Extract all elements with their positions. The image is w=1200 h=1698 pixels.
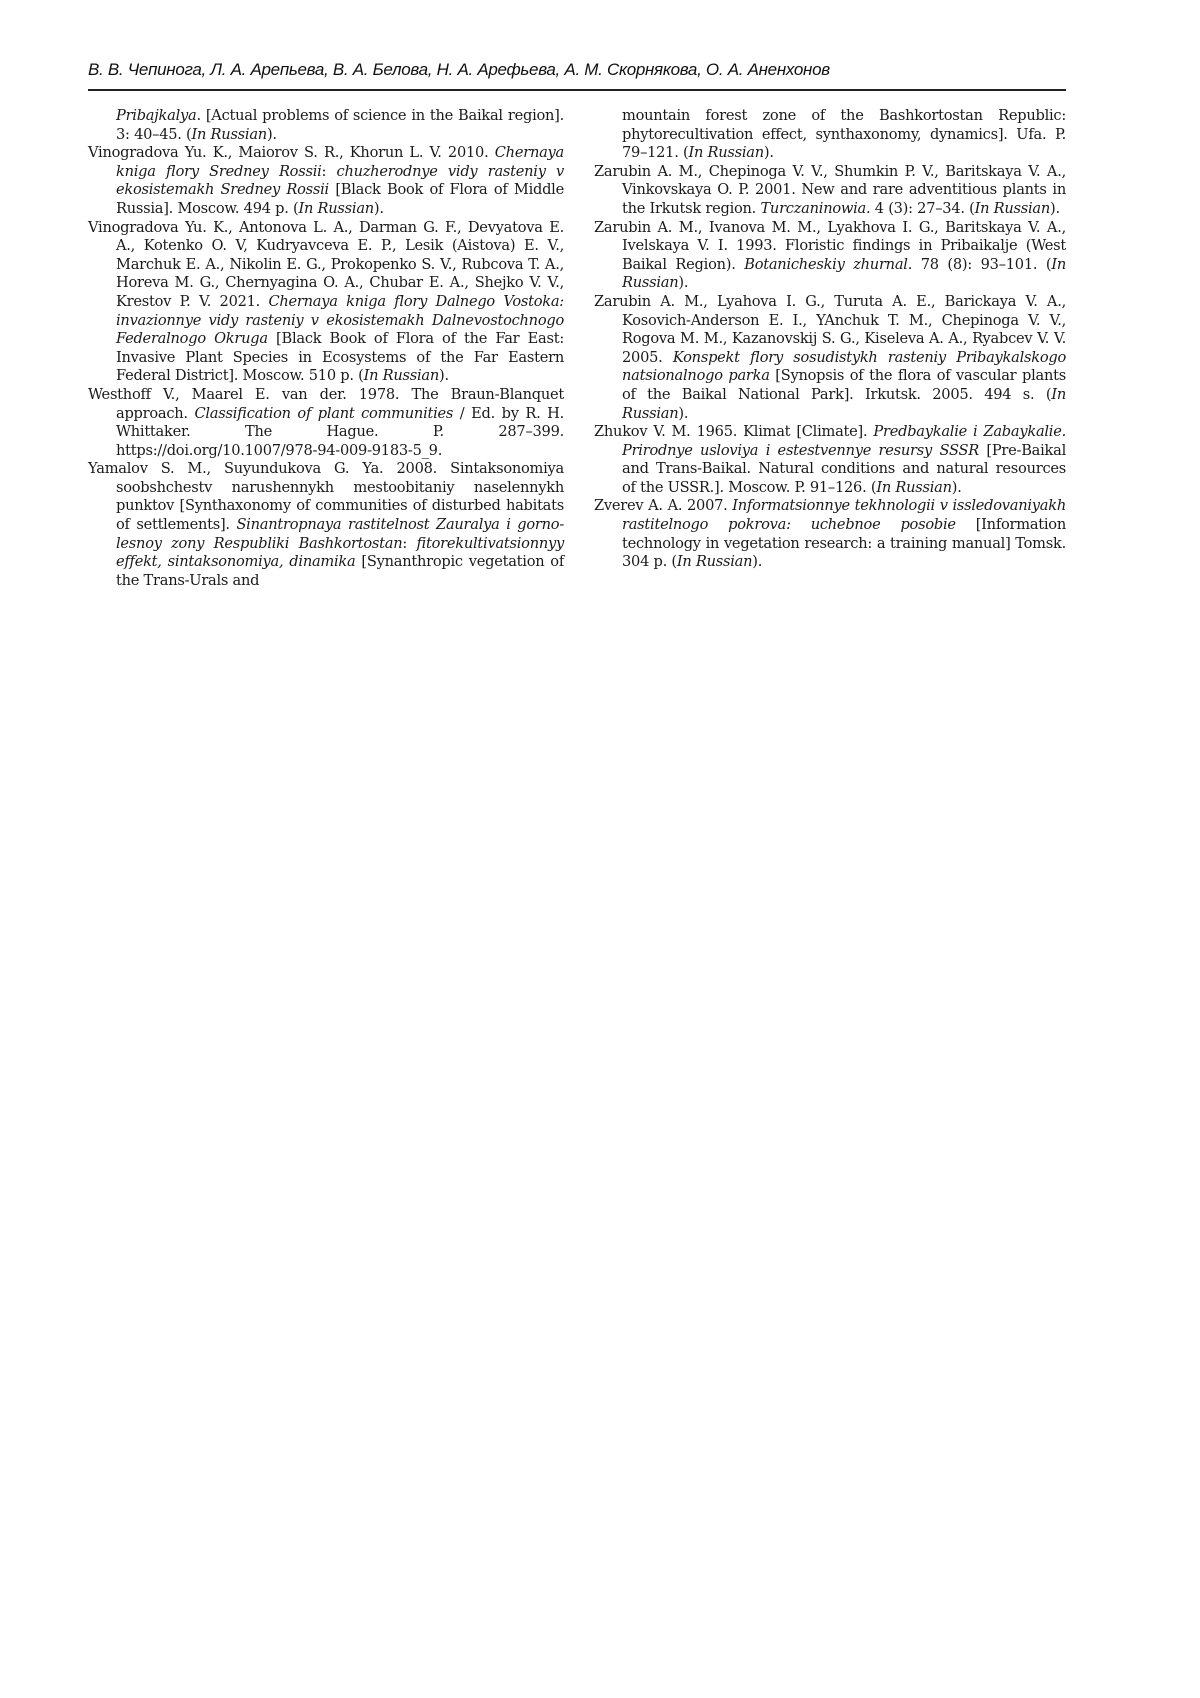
references-right-column: mountain forest zone of the Bashkortosta… <box>594 107 1066 572</box>
reference-text: . 4 (3): 27–34. ( <box>866 200 975 217</box>
reference-italic-text: Botanicheskiy zhurnal <box>744 256 907 273</box>
reference-text: Vinogradova Yu. K., Maiorov S. R., Khoru… <box>88 144 495 161</box>
reference-italic-text: In Russian <box>364 367 439 384</box>
reference-italic-text: Turczaninowia <box>760 200 866 217</box>
reference-entry: mountain forest zone of the Bashkortosta… <box>594 107 1066 163</box>
reference-italic-text: In Russian <box>975 200 1050 217</box>
reference-entry: Zarubin A. M., Chepinoga V. V., Shumkin … <box>594 163 1066 219</box>
reference-text: ). <box>678 274 688 291</box>
reference-entry: Zarubin A. M., Lyahova I. G., Turuta A. … <box>594 293 1066 423</box>
reference-entry: Vinogradova Yu. K., Antonova L. A., Darm… <box>88 219 564 386</box>
reference-italic-text: Pribajkalya <box>116 107 196 124</box>
reference-text: ). <box>952 479 962 496</box>
reference-italic-text: In Russian <box>298 200 373 217</box>
reference-text: . 78 (8): 93–101. ( <box>908 256 1052 273</box>
running-header-authors: В. В. Чепинога, Л. А. Арепьева, В. А. Бе… <box>88 60 1066 80</box>
reference-text: ). <box>752 553 762 570</box>
reference-italic-text: Classification of plant communities <box>194 405 453 422</box>
reference-entry: Westhoff V., Maarel E. van der. 1978. Th… <box>88 386 564 460</box>
header-rule <box>88 89 1066 91</box>
reference-entry: Zarubin A. M., Ivanova M. M., Lyakhova I… <box>594 219 1066 293</box>
reference-text: Zhukov V. M. 1965. Klimat [Climate]. <box>594 423 873 440</box>
reference-entry: Vinogradova Yu. K., Maiorov S. R., Khoru… <box>88 144 564 218</box>
references-left-column: Pribajkalya. [Actual problems of science… <box>88 107 564 590</box>
reference-text: ). <box>439 367 449 384</box>
reference-text: Zverev A. A. 2007. <box>594 497 732 514</box>
reference-text: ). <box>267 126 277 143</box>
reference-text: ). <box>1050 200 1060 217</box>
reference-entry: Yamalov S. M., Suyundukova G. Ya. 2008. … <box>88 460 564 590</box>
reference-entry: Zhukov V. M. 1965. Klimat [Climate]. Pre… <box>594 423 1066 497</box>
reference-text: ). <box>764 144 774 161</box>
reference-text: : <box>402 535 416 552</box>
reference-entry: Zverev A. A. 2007. Informatsionnye tekhn… <box>594 497 1066 571</box>
reference-text: ). <box>374 200 384 217</box>
reference-text: : <box>322 163 337 180</box>
reference-italic-text: In Russian <box>677 553 752 570</box>
reference-entry: Pribajkalya. [Actual problems of science… <box>88 107 564 144</box>
reference-italic-text: In Russian <box>192 126 267 143</box>
reference-italic-text: In Russian <box>688 144 763 161</box>
reference-text: ). <box>678 405 688 422</box>
reference-italic-text: In Russian <box>876 479 951 496</box>
